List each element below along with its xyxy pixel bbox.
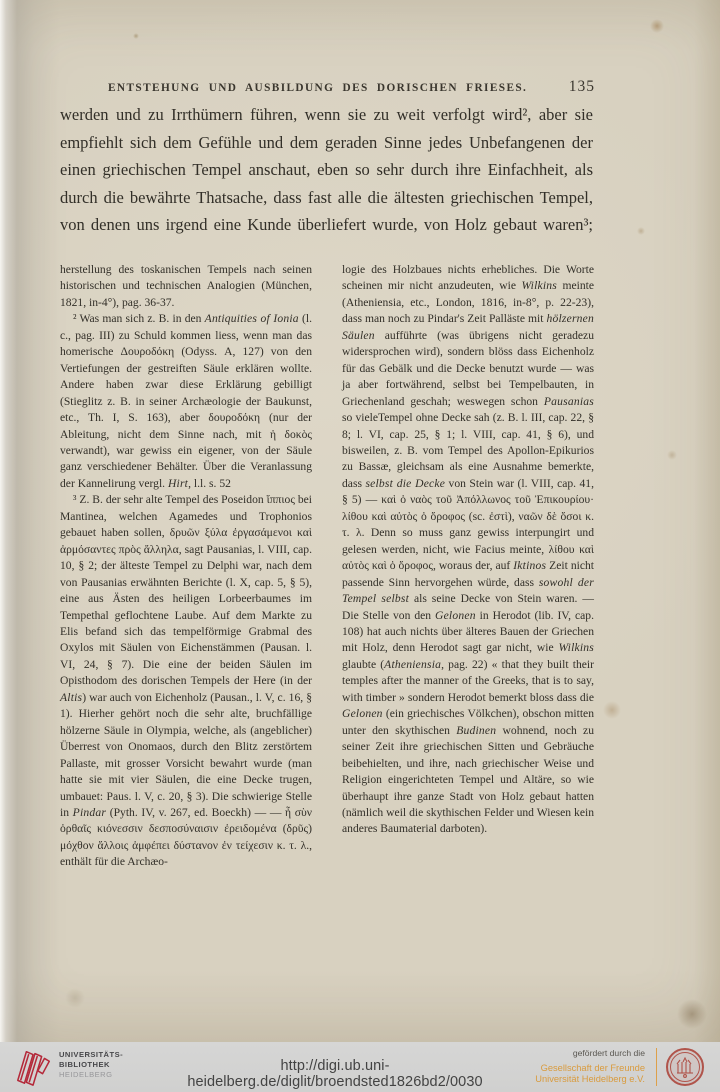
funding-org-line1: Gesellschaft der Freunde — [485, 1063, 645, 1074]
digitized-page-url: http://digi.ub.uni-heidelberg.de/diglit/… — [140, 1058, 530, 1090]
heidelberg-university-seal-icon — [665, 1047, 705, 1087]
library-name-line3: HEIDELBERG — [59, 1070, 123, 1080]
library-name-line1: UNIVERSITÄTS- — [59, 1050, 123, 1060]
funding-credit: gefördert durch die Gesellschaft der Fre… — [485, 1048, 645, 1085]
footnote-paragraph: logie des Holzbaues nichts erhebliches. … — [342, 262, 594, 838]
running-head: ENTSTEHUNG UND AUSBILDUNG DES DORISCHEN … — [60, 82, 595, 100]
footnote-column-left: herstellung des toskanischen Tempels nac… — [60, 262, 312, 871]
funding-divider-line — [656, 1048, 658, 1086]
scanned-page: ENTSTEHUNG UND AUSBILDUNG DES DORISCHEN … — [0, 0, 720, 1042]
footnotes-section: herstellung des toskanischen Tempels nac… — [60, 262, 594, 871]
body-paragraph: werden und zu Irrthümern führen, wenn si… — [60, 101, 593, 239]
page-left-edge-shadow — [0, 0, 60, 1042]
university-library-name: UNIVERSITÄTS- BIBLIOTHEK HEIDELBERG — [59, 1050, 123, 1080]
footnote-paragraph: ³ Z. B. der sehr alte Tempel des Poseido… — [60, 492, 312, 870]
funding-org-line2: Universität Heidelberg e.V. — [485, 1074, 645, 1085]
page-right-edge-shadow — [694, 0, 720, 1042]
funding-note: gefördert durch die — [485, 1048, 645, 1059]
footnote-paragraph: herstellung des toskanischen Tempels nac… — [60, 262, 312, 311]
university-library-books-icon — [13, 1046, 55, 1088]
footnote-column-right: logie des Holzbaues nichts erhebliches. … — [342, 262, 594, 871]
running-head-title: ENTSTEHUNG UND AUSBILDUNG DES DORISCHEN … — [108, 82, 525, 94]
page-number: 135 — [569, 78, 595, 96]
library-name-line2: BIBLIOTHEK — [59, 1060, 123, 1070]
digitization-footer-bar: UNIVERSITÄTS- BIBLIOTHEK HEIDELBERG http… — [0, 1042, 720, 1092]
scanned-book-page-viewer: { "page": { "running_head": { "title": "… — [0, 0, 720, 1092]
footnote-paragraph: ² Was man sich z. B. in den Antiquities … — [60, 311, 312, 492]
